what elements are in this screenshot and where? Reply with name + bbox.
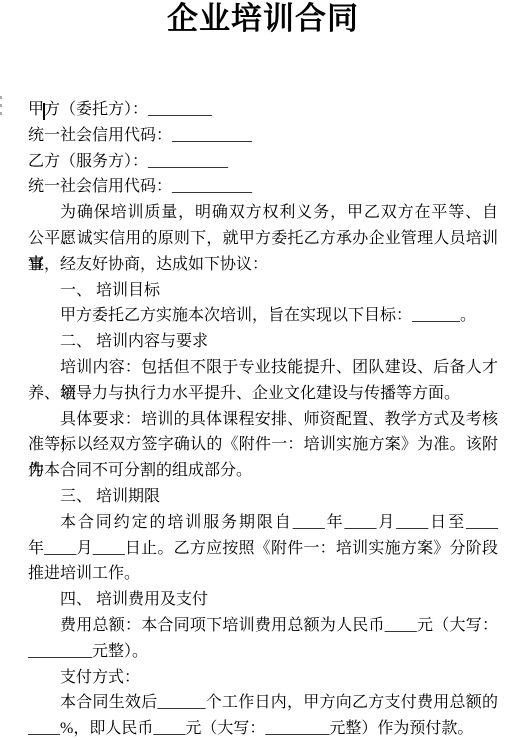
margin-mark-icon — [0, 112, 2, 115]
document-title: 企业培训合同 — [0, 0, 526, 38]
line-requirement-2[interactable]: 准等，以经双方签字确认的《附件一：培训实施方案》为准。该附件 — [28, 432, 498, 458]
line-payment-method-label[interactable]: 支付方式： — [28, 665, 498, 691]
line-party-b[interactable]: 乙方（服务方）：__________ — [28, 149, 498, 175]
line-preamble-1[interactable]: 为确保培训质量，明确双方权利义务，甲乙双方在平等、自愿、 — [28, 200, 498, 226]
line-prepayment-1[interactable]: 本合同生效后______个工作日内，甲方向乙方支付费用总额的 — [28, 690, 498, 716]
line-fee-total-1[interactable]: 费用总额：本合同项下培训费用总额为人民币____元（大写： — [28, 613, 498, 639]
line-party-a-credit-code[interactable]: 统一社会信用代码：__________ — [28, 123, 498, 149]
text-cursor — [43, 103, 45, 120]
line-training-content-1[interactable]: 培训内容：包括但不限于专业技能提升、团队建设、后备人才培 — [28, 355, 498, 381]
line-preamble-2[interactable]: 公平、诚实信用的原则下，就甲方委托乙方承办企业管理人员培训事 — [28, 226, 498, 252]
line-preamble-3[interactable]: 宜，经友好协商，达成如下协议： — [28, 252, 498, 278]
document-body: 甲方（委托方）：________ 统一社会信用代码：__________ 乙方（… — [28, 97, 498, 740]
line-requirement-3[interactable]: 为本合同不可分割的组成部分。 — [28, 458, 498, 484]
margin-mark-icon — [0, 104, 2, 107]
line-fee-total-2[interactable]: ________元整）。 — [28, 639, 498, 665]
line-prepayment-2[interactable]: ____%，即人民币____元（大写：________元整）作为预付款。 — [28, 716, 498, 740]
margin-marks — [0, 96, 3, 120]
section-heading-4[interactable]: 四、 培训费用及支付 — [28, 587, 498, 613]
section-heading-2[interactable]: 二、 培训内容与要求 — [28, 329, 498, 355]
line-term-2[interactable]: 年____月____日止。乙方应按照《附件一：培训实施方案》分阶段 — [28, 536, 498, 562]
section-heading-3[interactable]: 三、 培训期限 — [28, 484, 498, 510]
party-a-text-after-cursor: 方（委托方）：________ — [44, 101, 212, 118]
line-requirement-1[interactable]: 具体要求：培训的具体课程安排、师资配置、教学方式及考核标 — [28, 407, 498, 433]
line-term-3[interactable]: 推进培训工作。 — [28, 561, 498, 587]
party-a-text-before-cursor: 甲 — [28, 101, 44, 118]
line-party-a[interactable]: 甲方（委托方）：________ — [28, 97, 498, 123]
line-term-1[interactable]: 本合同约定的培训服务期限自____年____月____日至____ — [28, 510, 498, 536]
line-training-goal[interactable]: 甲方委托乙方实施本次培训，旨在实现以下目标：______。 — [28, 303, 498, 329]
document-page[interactable]: 企业培训合同 甲方（委托方）：________ 统一社会信用代码：_______… — [0, 0, 526, 740]
line-training-content-2[interactable]: 养、领导力与执行力水平提升、企业文化建设与传播等方面。 — [28, 381, 498, 407]
margin-mark-icon — [0, 96, 2, 99]
section-heading-1[interactable]: 一、 培训目标 — [28, 278, 498, 304]
line-party-b-credit-code[interactable]: 统一社会信用代码：__________ — [28, 174, 498, 200]
